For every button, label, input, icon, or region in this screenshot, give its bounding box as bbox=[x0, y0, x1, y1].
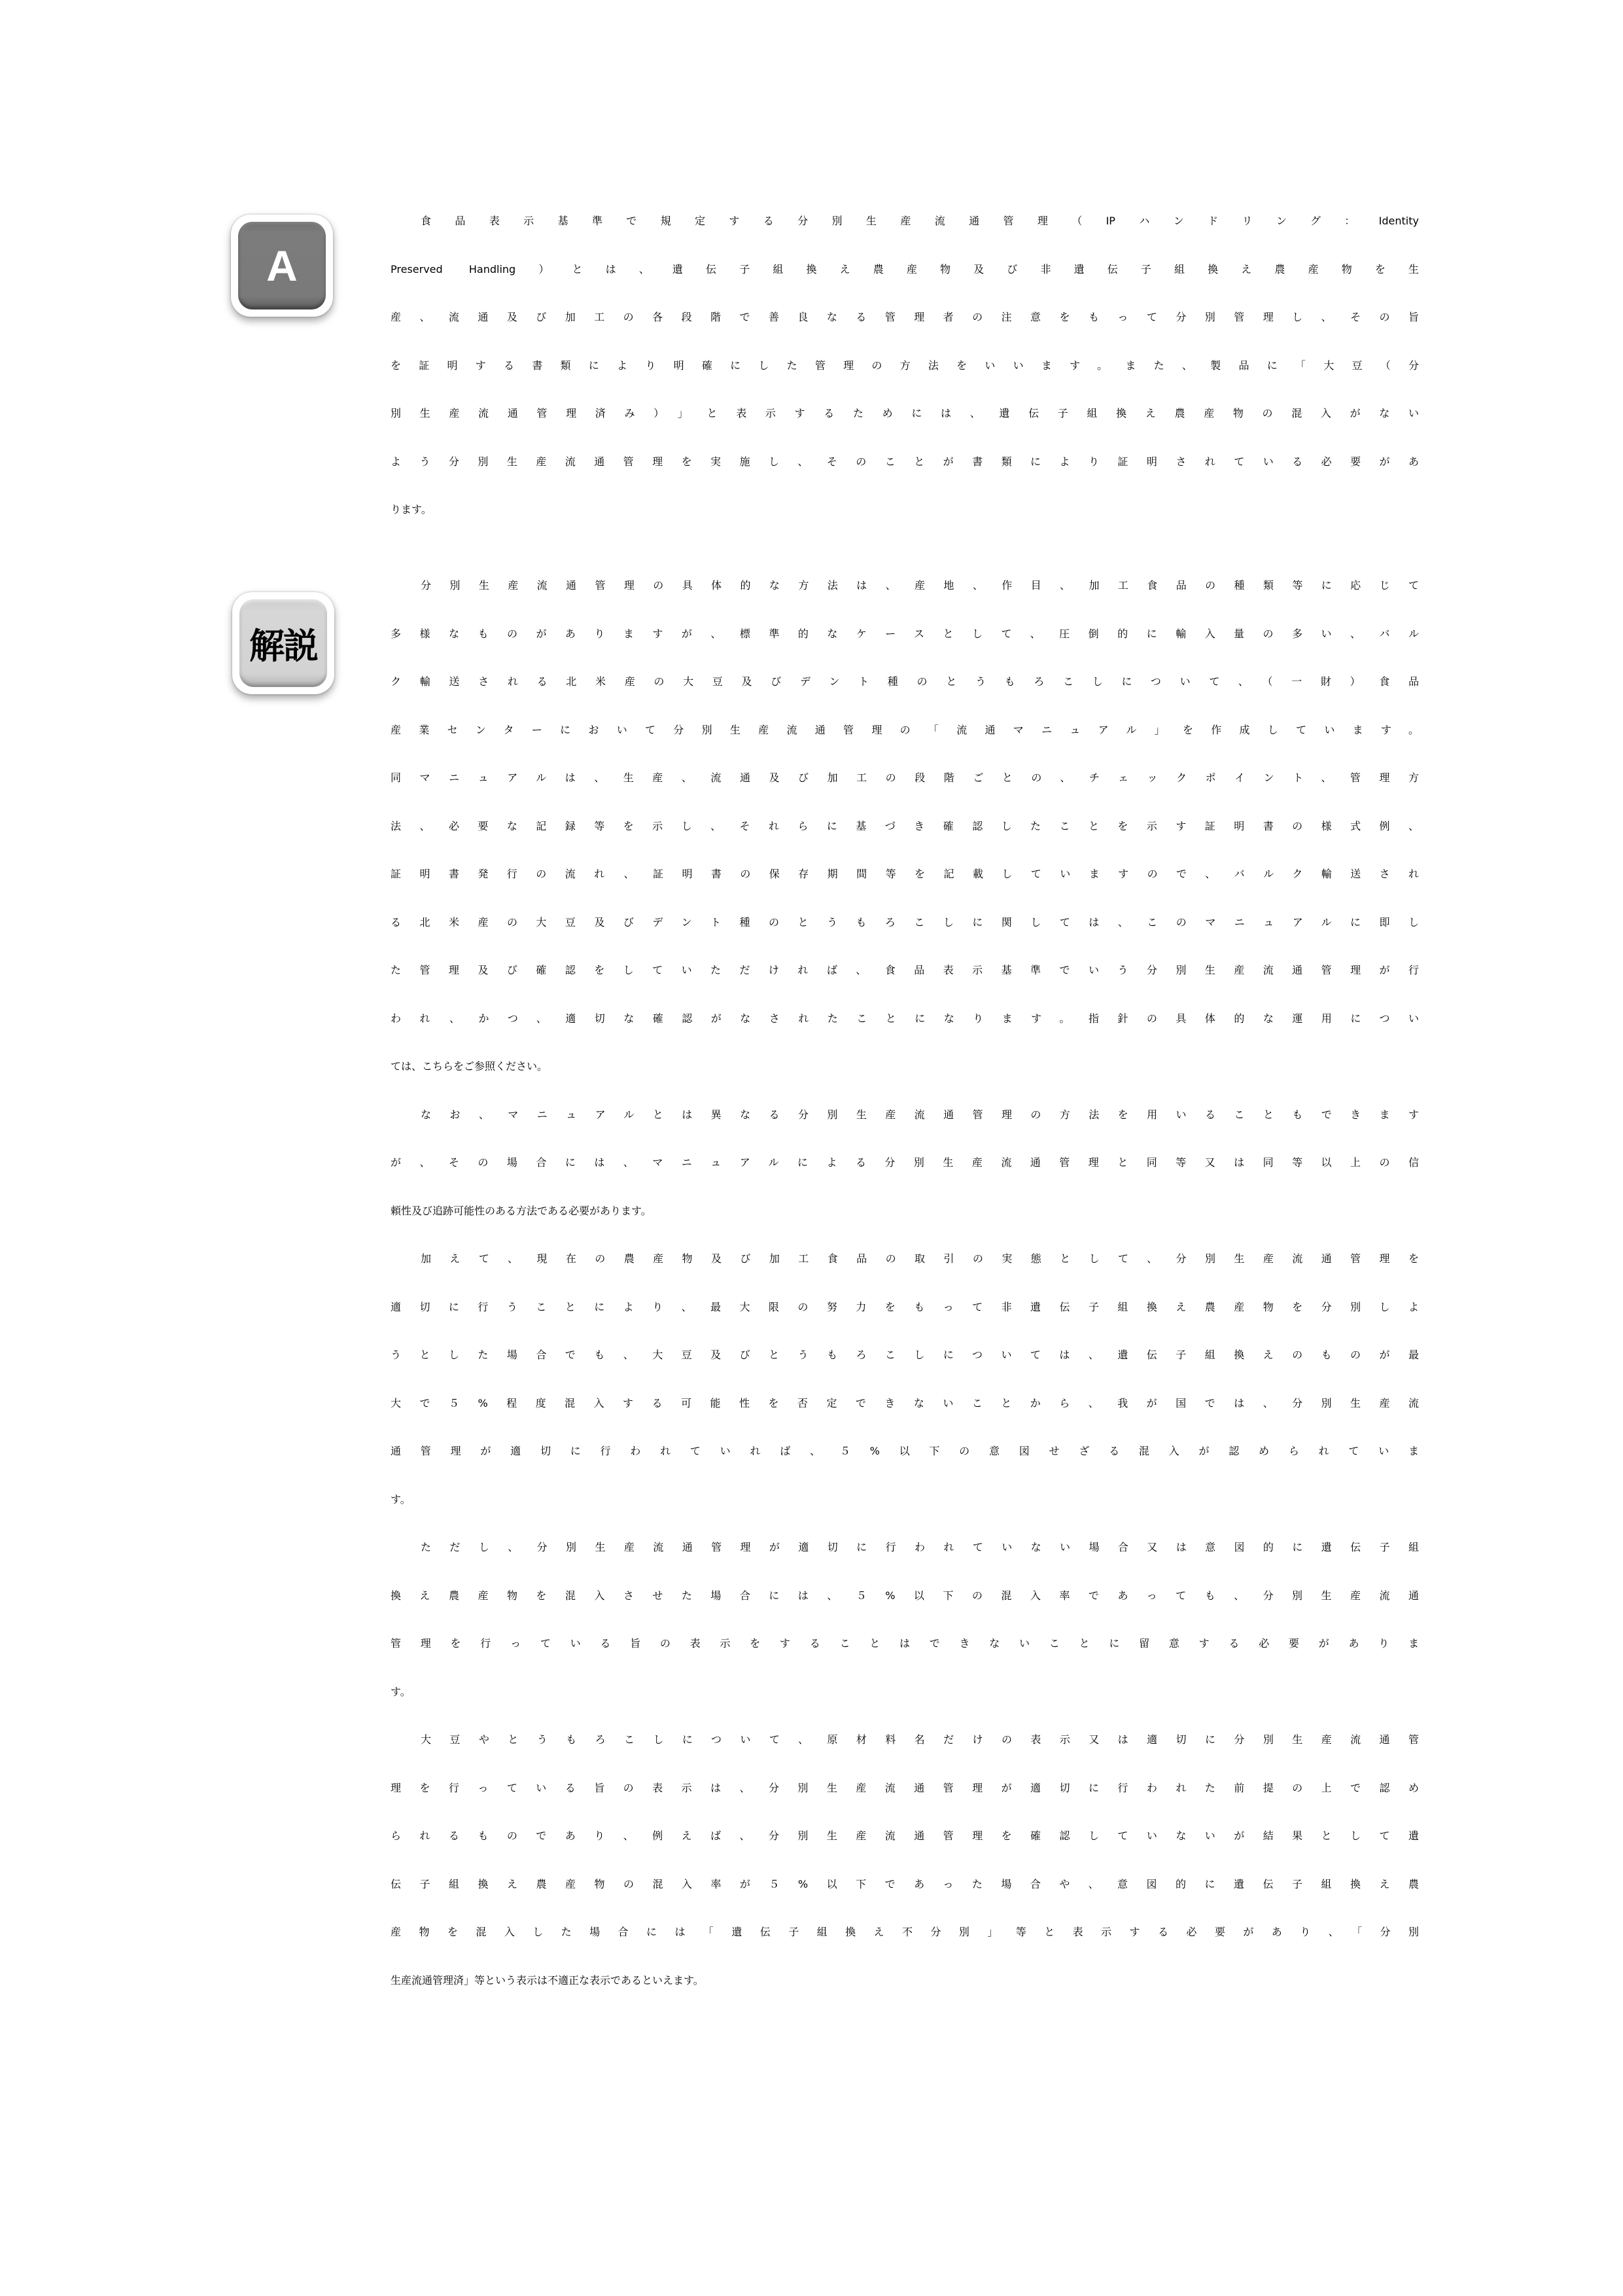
explanation-section: 分別生産流通管理の具体的な方法は、産地、作目、加工食品の種類等に応じて 多様なも… bbox=[391, 577, 1419, 2020]
text-line: 通管理が適切に行われていれば、５%以下の意図せざる混入が認められていま bbox=[391, 1443, 1419, 1491]
text-line: 同マニュアルは、生産、流通及び加工の段階ごとの、チェックポイント、管理方 bbox=[391, 769, 1419, 818]
answer-badge-label: A bbox=[238, 222, 326, 309]
text-line: うとした場合でも、大豆及びとうもろこしについては、遺伝子組換えのものが最 bbox=[391, 1347, 1419, 1395]
text-line: 多様なものがありますが、標準的なケースとして、圧倒的に輸入量の多い、バル bbox=[391, 626, 1419, 674]
text-line: を証明する書類により明確にした管理の方法をいいます。また、製品に「大豆（分 bbox=[391, 357, 1419, 406]
text-line: 加えて、現在の農産物及び加工食品の取引の実態として、分別生産流通管理を bbox=[391, 1250, 1419, 1299]
answer-badge: A bbox=[231, 215, 333, 317]
explanation-paragraph-4: ただし、分別生産流通管理が適切に行われていない場合又は意図的に遺伝子組 換え農産… bbox=[391, 1539, 1419, 1731]
explanation-paragraph-5: 大豆やとうもろこしについて、原材料名だけの表示又は適切に分別生産流通管 理を行っ… bbox=[391, 1731, 1419, 2020]
text-line: ります。 bbox=[391, 501, 1419, 550]
explanation-paragraph-1: 分別生産流通管理の具体的な方法は、産地、作目、加工食品の種類等に応じて 多様なも… bbox=[391, 577, 1419, 1106]
text-line: なお、マニュアルとは異なる分別生産流通管理の方法を用いることもできます bbox=[391, 1106, 1419, 1155]
text-line: 産、流通及び加工の各段階で善良なる管理者の注意をもって分別管理し、その旨 bbox=[391, 309, 1419, 357]
text-line: ただし、分別生産流通管理が適切に行われていない場合又は意図的に遺伝子組 bbox=[391, 1539, 1419, 1587]
text-line: 別生産流通管理済み）」と表示するためには、遺伝子組換え農産物の混入がない bbox=[391, 405, 1419, 453]
text-line: 生産流通管理済」等という表示は不適正な表示であるといえます。 bbox=[391, 1972, 1419, 2021]
text-line: よう分別生産流通管理を実施し、そのことが書類により証明されている必要があ bbox=[391, 453, 1419, 502]
text-line: 法、必要な記録等を示し、それらに基づき確認したことを示す証明書の様式例、 bbox=[391, 818, 1419, 866]
explanation-badge-label: 解説 bbox=[239, 599, 327, 687]
answer-paragraph: 食品表示基準で規定する分別生産流通管理（IPハンドリング：Identity Pr… bbox=[391, 213, 1419, 550]
text-line: 適切に行うことにより、最大限の努力をもって非遺伝子組換え農産物を分別しよ bbox=[391, 1299, 1419, 1347]
text-line: る北米産の大豆及びデント種のとうもろこしに関しては、このマニュアルに即し bbox=[391, 914, 1419, 963]
text-line: Preserved Handling）とは、遺伝子組換え農産物及び非遺伝子組換え… bbox=[391, 261, 1419, 309]
text-line: 大豆やとうもろこしについて、原材料名だけの表示又は適切に分別生産流通管 bbox=[391, 1731, 1419, 1780]
text-line: ク輸送される北米産の大豆及びデント種のとうもろこしについて、（一財）食品 bbox=[391, 673, 1419, 722]
text-line: 食品表示基準で規定する分別生産流通管理（IPハンドリング：Identity bbox=[391, 213, 1419, 261]
text-line: 産物を混入した場合には「遺伝子組換え不分別」等と表示する必要があり、「分別 bbox=[391, 1924, 1419, 1972]
text-line: す。 bbox=[391, 1491, 1419, 1540]
text-line: 管理を行っている旨の表示をすることはできないことに留意する必要がありま bbox=[391, 1635, 1419, 1684]
text-line: が、その場合には、マニュアルによる分別生産流通管理と同等又は同等以上の信 bbox=[391, 1154, 1419, 1203]
text-line: られるものであり、例えば、分別生産流通管理を確認していないが結果として遺 bbox=[391, 1828, 1419, 1876]
text-line: 産業センターにおいて分別生産流通管理の「流通マニュアル」を作成しています。 bbox=[391, 722, 1419, 770]
text-line: 頼性及び追跡可能性のある方法である必要があります。 bbox=[391, 1203, 1419, 1251]
explanation-badge: 解説 bbox=[232, 592, 334, 694]
text-line: す。 bbox=[391, 1684, 1419, 1732]
text-line: 分別生産流通管理の具体的な方法は、産地、作目、加工食品の種類等に応じて bbox=[391, 577, 1419, 626]
text-line: 大で５%程度混入する可能性を否定できないことから、我が国では、分別生産流 bbox=[391, 1395, 1419, 1443]
text-line: 換え農産物を混入させた場合には、５%以下の混入率であっても、分別生産流通 bbox=[391, 1587, 1419, 1636]
text-line: 理を行っている旨の表示は、分別生産流通管理が適切に行われた前提の上で認め bbox=[391, 1780, 1419, 1828]
text-line: 証明書発行の流れ、証明書の保存期間等を記載していますので、バルク輸送され bbox=[391, 866, 1419, 914]
text-line: 伝子組換え農産物の混入率が５%以下であった場合や、意図的に遺伝子組換え農 bbox=[391, 1876, 1419, 1924]
explanation-paragraph-3: 加えて、現在の農産物及び加工食品の取引の実態として、分別生産流通管理を 適切に行… bbox=[391, 1250, 1419, 1539]
explanation-paragraph-2: なお、マニュアルとは異なる分別生産流通管理の方法を用いることもできます が、その… bbox=[391, 1106, 1419, 1251]
text-line: ては、こちらをご参照ください。 bbox=[391, 1058, 1419, 1106]
text-line: われ、かつ、適切な確認がなされたことになります。指針の具体的な運用につい bbox=[391, 1010, 1419, 1059]
answer-section: 食品表示基準で規定する分別生産流通管理（IPハンドリング：Identity Pr… bbox=[391, 213, 1419, 550]
text-line: た管理及び確認をしていただければ、食品表示基準でいう分別生産流通管理が行 bbox=[391, 962, 1419, 1010]
